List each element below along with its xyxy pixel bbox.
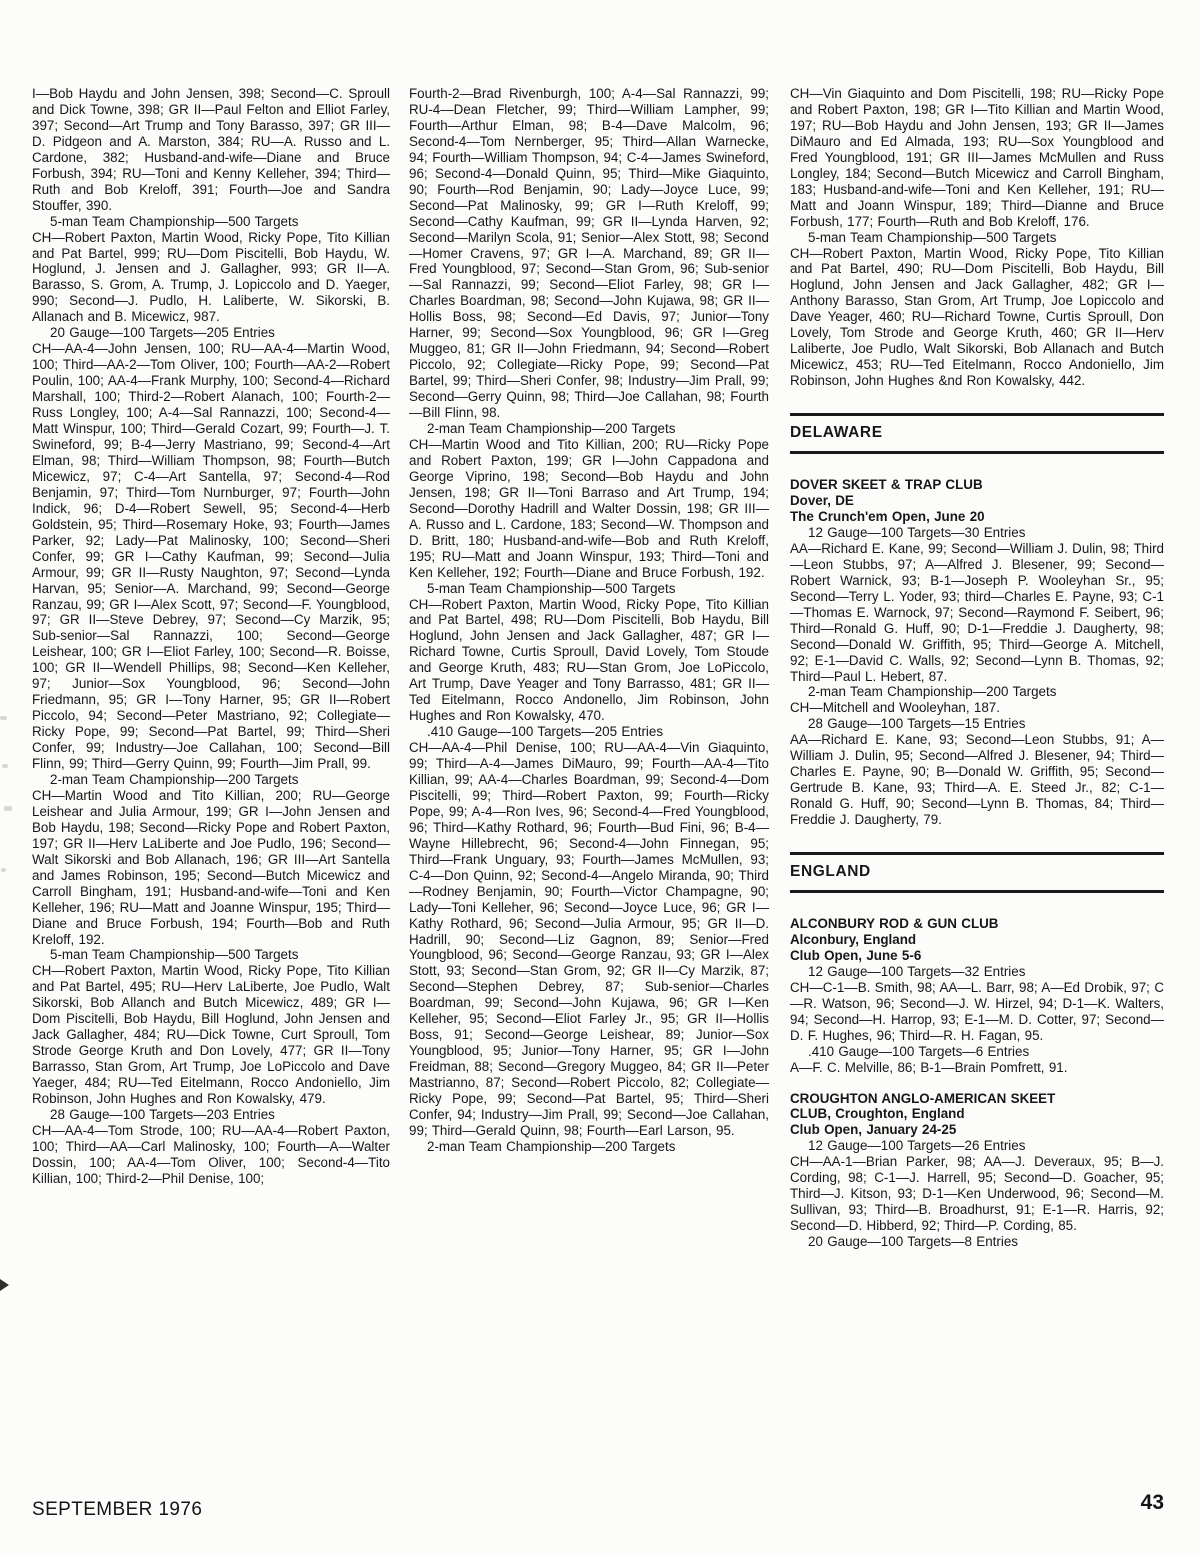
results-paragraph: CH—AA-1—Brian Parker, 98; AA—J. Deveraux…: [790, 1154, 1164, 1234]
results-paragraph: CH—Robert Paxton, Martin Wood, Ricky Pop…: [409, 597, 769, 725]
results-paragraph: CH—Robert Paxton, Martin Wood, Ricky Pop…: [32, 963, 390, 1107]
text-column: Fourth-2—Brad Rivenburgh, 100; A-4—Sal R…: [409, 86, 769, 1250]
results-paragraph: CH—Martin Wood and Tito Killian, 200; RU…: [32, 788, 390, 948]
club-heading-line: Alconbury, England: [790, 932, 1164, 948]
state-section-header: DELAWARE: [790, 413, 1164, 454]
scan-artifact: [1, 868, 6, 872]
event-subhead: 5-man Team Championship—500 Targets: [32, 947, 390, 963]
scan-artifact: [4, 806, 12, 811]
scan-artifact-arrow: [0, 1279, 9, 1291]
club-heading-line: DOVER SKEET & TRAP CLUB: [790, 477, 1164, 493]
event-subhead: 28 Gauge—100 Targets—15 Entries: [790, 716, 1164, 732]
results-paragraph: CH—Robert Paxton, Martin Wood, Ricky Pop…: [32, 230, 390, 326]
event-subhead: 12 Gauge—100 Targets—26 Entries: [790, 1138, 1164, 1154]
magazine-page: I—Bob Haydu and John Jensen, 398; Second…: [0, 0, 1200, 1555]
results-paragraph: CH—Robert Paxton, Martin Wood, Ricky Pop…: [790, 246, 1164, 390]
results-paragraph: CH—Mitchell and Wooleyhan, 187.: [790, 700, 1164, 716]
club-heading-line: CROUGHTON ANGLO-AMERICAN SKEET: [790, 1091, 1164, 1107]
event-subhead: 2-man Team Championship—200 Targets: [32, 772, 390, 788]
event-subhead: 2-man Team Championship—200 Targets: [409, 421, 769, 437]
state-section-header: ENGLAND: [790, 852, 1164, 893]
scan-artifact: [2, 764, 8, 768]
results-paragraph: CH—C-1—B. Smith, 98; AA—L. Barr, 98; A—E…: [790, 980, 1164, 1044]
event-subhead: 5-man Team Championship—500 Targets: [409, 581, 769, 597]
text-column: I—Bob Haydu and John Jensen, 398; Second…: [32, 86, 390, 1250]
club-heading-line: CLUB, Croughton, England: [790, 1106, 1164, 1122]
club-heading-line: The Crunch'em Open, June 20: [790, 509, 1164, 525]
results-columns: I—Bob Haydu and John Jensen, 398; Second…: [32, 86, 1164, 1250]
club-heading-line: Dover, DE: [790, 493, 1164, 509]
event-subhead: 5-man Team Championship—500 Targets: [790, 230, 1164, 246]
club-heading-line: ALCONBURY ROD & GUN CLUB: [790, 916, 1164, 932]
event-subhead: 12 Gauge—100 Targets—30 Entries: [790, 525, 1164, 541]
results-paragraph: CH—AA-4—Tom Strode, 100; RU—AA-4—Robert …: [32, 1123, 390, 1187]
results-paragraph: Fourth-2—Brad Rivenburgh, 100; A-4—Sal R…: [409, 86, 769, 421]
club-heading: ALCONBURY ROD & GUN CLUBAlconbury, Engla…: [790, 916, 1164, 964]
results-paragraph: I—Bob Haydu and John Jensen, 398; Second…: [32, 86, 390, 214]
page-number: 43: [1141, 1491, 1164, 1515]
scan-artifact: [0, 716, 7, 720]
results-paragraph: CH—AA-4—Phil Denise, 100; RU—AA-4—Vin Gi…: [409, 740, 769, 1139]
results-paragraph: AA—Richard E. Kane, 93; Second—Leon Stub…: [790, 732, 1164, 828]
event-subhead: 20 Gauge—100 Targets—8 Entries: [790, 1234, 1164, 1250]
results-paragraph: AA—Richard E. Kane, 99; Second—William J…: [790, 541, 1164, 685]
issue-date: SEPTEMBER 1976: [32, 1499, 202, 1521]
event-subhead: 5-man Team Championship—500 Targets: [32, 214, 390, 230]
club-heading-line: Club Open, January 24-25: [790, 1122, 1164, 1138]
club-heading-line: Club Open, June 5-6: [790, 948, 1164, 964]
event-subhead: .410 Gauge—100 Targets—6 Entries: [790, 1044, 1164, 1060]
event-subhead: 2-man Team Championship—200 Targets: [409, 1139, 769, 1155]
club-heading: DOVER SKEET & TRAP CLUBDover, DEThe Crun…: [790, 477, 1164, 525]
event-subhead: 20 Gauge—100 Targets—205 Entries: [32, 325, 390, 341]
results-paragraph: CH—Vin Giaquinto and Dom Piscitelli, 198…: [790, 86, 1164, 230]
club-heading: CROUGHTON ANGLO-AMERICAN SKEETCLUB, Crou…: [790, 1091, 1164, 1139]
results-paragraph: A—F. C. Melville, 86; B-1—Brain Pomfrett…: [790, 1060, 1164, 1076]
event-subhead: .410 Gauge—100 Targets—205 Entries: [409, 724, 769, 740]
event-subhead: 28 Gauge—100 Targets—203 Entries: [32, 1107, 390, 1123]
results-paragraph: CH—Martin Wood and Tito Killian, 200; RU…: [409, 437, 769, 581]
event-subhead: 12 Gauge—100 Targets—32 Entries: [790, 964, 1164, 980]
results-paragraph: CH—AA-4—John Jensen, 100; RU—AA-4—Martin…: [32, 341, 390, 772]
text-column: CH—Vin Giaquinto and Dom Piscitelli, 198…: [790, 86, 1164, 1250]
event-subhead: 2-man Team Championship—200 Targets: [790, 684, 1164, 700]
